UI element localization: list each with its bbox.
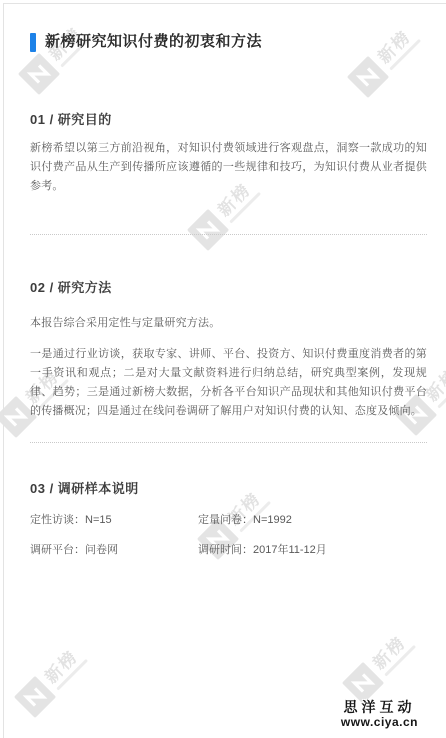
section-01-heading: 01 / 研究目的: [30, 113, 427, 127]
section-02-heading: 02 / 研究方法: [30, 281, 427, 295]
section-01-paragraph: 新榜希望以第三方前沿视角，对知识付费领域进行客观盘点，洞察一款成功的知识付费产品…: [30, 139, 427, 196]
dotted-divider: [30, 234, 427, 235]
sample-stats-grid: 定性访谈：N=15 定量问卷：N=1992 调研平台：问卷网 调研时间：2017…: [30, 511, 427, 560]
section-research-purpose: 01 / 研究目的 新榜希望以第三方前沿视角，对知识付费领域进行客观盘点，洞察一…: [30, 113, 427, 196]
section-02-lead-paragraph: 本报告综合采用定性与定量研究方法。: [30, 314, 427, 333]
watermark-caption: [56, 658, 88, 690]
watermark-caption: [437, 376, 446, 408]
section-sample-description: 03 / 调研样本说明 定性访谈：N=15 定量问卷：N=1992 调研平台：问…: [30, 482, 427, 560]
section-research-method: 02 / 研究方法 本报告综合采用定性与定量研究方法。 一是通过行业访谈，获取专…: [30, 281, 427, 421]
stat-quantitative-questionnaires: 定量问卷：N=1992: [198, 511, 427, 530]
section-03-heading: 03 / 调研样本说明: [30, 482, 427, 496]
stat-survey-platform: 调研平台：问卷网: [30, 541, 198, 560]
stat-survey-time: 调研时间：2017年11-12月: [198, 541, 427, 560]
card-left-border: [3, 3, 4, 738]
title-row: 新榜研究知识付费的初衷和方法: [30, 32, 427, 52]
brand-watermark: 新榜: [342, 628, 418, 704]
section-02-detail-paragraph: 一是通过行业访谈，获取专家、讲师、平台、投资方、知识付费重度消费者的第一手资讯和…: [30, 345, 427, 421]
newrank-logo-icon: [342, 662, 384, 704]
title-accent-bar: [30, 33, 36, 52]
footer-brand: 思洋互动: [341, 700, 418, 714]
watermark-brand-text: 新榜: [42, 644, 84, 686]
watermark-brand-text: 新榜: [370, 630, 412, 672]
report-content: 新榜研究知识付费的初衷和方法 01 / 研究目的 新榜希望以第三方前沿视角，对知…: [30, 32, 427, 560]
card-top-border: [3, 3, 446, 4]
dotted-divider: [30, 442, 427, 443]
page-title: 新榜研究知识付费的初衷和方法: [45, 32, 262, 52]
watermark-caption: [384, 644, 416, 676]
stat-qualitative-interviews: 定性访谈：N=15: [30, 511, 198, 530]
site-stamp: 思洋互动 www.ciya.cn: [341, 700, 418, 728]
footer-url: www.ciya.cn: [341, 716, 418, 728]
newrank-logo-icon: [14, 676, 56, 718]
brand-watermark: 新榜: [14, 642, 90, 718]
